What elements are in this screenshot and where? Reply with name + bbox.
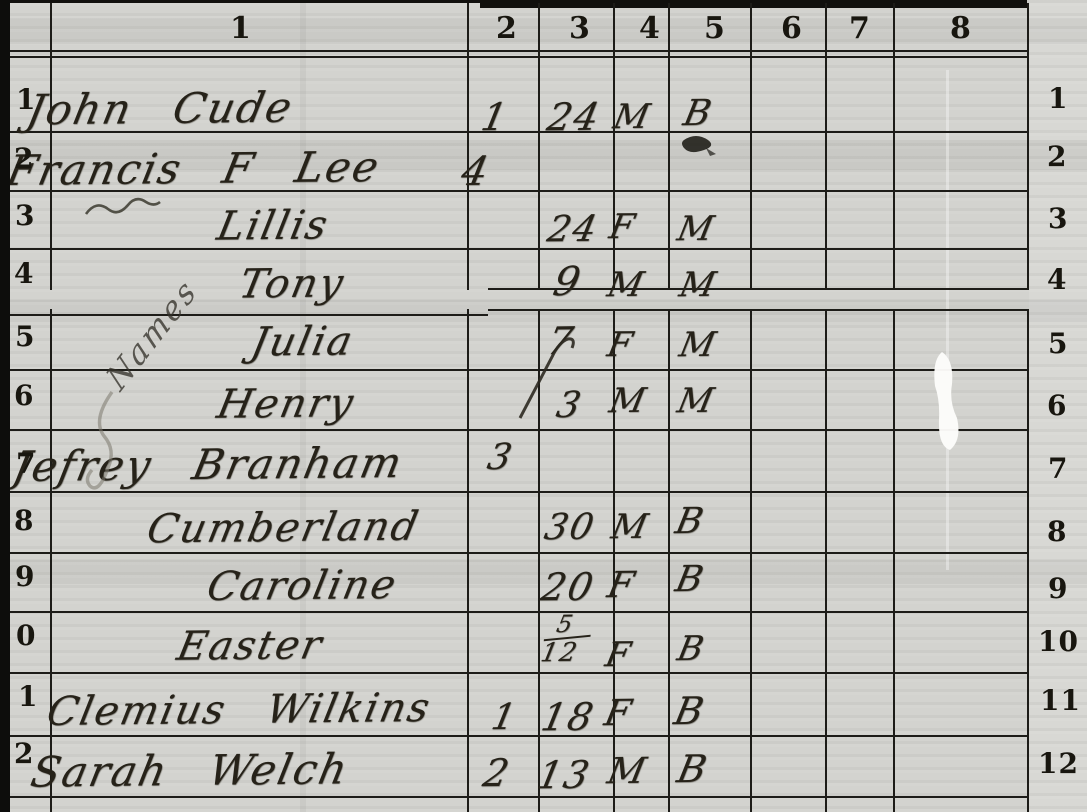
cell-col5: B xyxy=(671,692,709,730)
row-number-right: 12 xyxy=(1038,750,1079,778)
header-top-band xyxy=(10,0,480,3)
row-line xyxy=(10,672,1027,674)
names-margin-note: Names xyxy=(101,272,202,396)
cell-col4: F xyxy=(604,568,638,604)
cell-col5: B xyxy=(675,632,709,666)
column-line xyxy=(538,3,540,290)
row-number-left: 0 xyxy=(16,622,36,650)
row-line xyxy=(10,248,1027,250)
row-number-left: 7 xyxy=(16,450,36,478)
cell-col3-fraction: 5 12 xyxy=(538,612,595,666)
row-number-right: 2 xyxy=(1047,143,1067,171)
entry-name: Francis F Lee xyxy=(3,146,384,192)
row-number-left: 2 xyxy=(14,740,34,768)
cell-col3: 24 xyxy=(544,212,601,249)
header-double-rule xyxy=(10,50,1027,52)
cell-col5: B xyxy=(674,750,712,788)
cell-col2: 4 xyxy=(458,152,494,192)
cell-col3: 20 xyxy=(538,568,598,607)
ink-smudge xyxy=(706,148,716,156)
row-line xyxy=(10,735,1027,737)
cell-col3: 24 xyxy=(544,98,604,137)
cell-col3: 9 xyxy=(550,262,586,302)
cell-col4: F xyxy=(605,328,638,362)
cell-col4: F xyxy=(601,696,635,732)
row-number-left: 6 xyxy=(14,382,34,410)
cell-col3: 13 xyxy=(534,756,594,795)
row-number-left: 4 xyxy=(14,260,34,288)
entry-name: John Cude xyxy=(23,87,297,132)
census-schedule-page: 1 2 3 4 5 6 7 8 1 2 3 4 5 6 7 8 9 0 1 2 … xyxy=(0,0,1087,812)
entry-name: Clemius Wilkins xyxy=(44,688,435,732)
fraction-numerator: 5 xyxy=(545,612,596,636)
cell-col5: M xyxy=(675,212,719,246)
table-right-edge-line xyxy=(1027,3,1029,290)
row-line xyxy=(10,552,1027,554)
row-number-left: 2 xyxy=(14,145,34,173)
cell-col2: 1 xyxy=(488,700,520,736)
row-number-left: 5 xyxy=(15,323,35,351)
column-header-number: 2 xyxy=(496,14,518,44)
cell-col4: M xyxy=(604,754,650,790)
row-line xyxy=(10,429,1027,431)
row-line xyxy=(10,611,1027,613)
entry-name: Tony xyxy=(236,263,348,304)
cell-col3: 3 xyxy=(553,388,585,424)
row-number-right: 7 xyxy=(1048,455,1068,483)
column-header-number: 3 xyxy=(569,14,591,44)
row-number-right: 10 xyxy=(1038,628,1079,656)
row-line xyxy=(488,309,1027,311)
row-number-right: 3 xyxy=(1048,205,1068,233)
entry-name: Easter xyxy=(174,625,327,667)
fraction-denominator: 12 xyxy=(538,640,589,666)
row-line xyxy=(10,796,1027,798)
scan-streak-band xyxy=(0,18,1087,44)
row-line xyxy=(10,491,1027,493)
row-number-left: 9 xyxy=(15,563,35,591)
cell-col3: 18 xyxy=(538,698,598,737)
row-number-left: 1 xyxy=(16,86,36,114)
cell-col4: F xyxy=(607,210,640,244)
vertical-crease xyxy=(946,70,949,570)
cell-col5: B xyxy=(680,96,716,132)
column-header-number: 5 xyxy=(704,14,726,44)
cell-col2: 2 xyxy=(480,754,514,792)
column-header-number: 8 xyxy=(950,14,972,44)
row-number-right: 9 xyxy=(1048,575,1068,603)
cell-col4: M xyxy=(609,510,653,544)
cell-col2: 3 xyxy=(484,440,516,476)
column-line xyxy=(893,3,895,290)
row-line xyxy=(10,369,1027,371)
entry-name: Julia xyxy=(248,321,358,362)
row-number-right: 6 xyxy=(1047,392,1067,420)
cell-col3: 7 xyxy=(544,322,578,360)
row-number-left: 8 xyxy=(14,507,34,535)
header-double-rule xyxy=(10,56,1027,58)
entry-name: Jefrey Branham xyxy=(9,442,407,488)
row-line xyxy=(10,314,488,316)
cell-col4: M xyxy=(611,100,655,134)
cell-col5: M xyxy=(677,268,721,302)
row-number-right: 4 xyxy=(1047,266,1067,294)
entry-name: Cumberland xyxy=(144,507,423,550)
row-number-right: 5 xyxy=(1048,330,1068,358)
column-header-number: 4 xyxy=(639,14,661,44)
cell-col5: B xyxy=(672,562,708,598)
cell-col4: F xyxy=(603,638,636,672)
column-line xyxy=(668,3,670,290)
cell-col5: M xyxy=(675,384,719,418)
pen-flourish xyxy=(86,199,160,214)
row-number-left: 3 xyxy=(15,202,35,230)
header-top-band xyxy=(480,0,1027,8)
left-edge-bar xyxy=(0,0,10,812)
row-number-right: 8 xyxy=(1047,518,1067,546)
column-line xyxy=(750,3,752,290)
cell-col4: M xyxy=(607,384,651,418)
table-right-edge-line xyxy=(1027,309,1029,812)
column-header-number: 6 xyxy=(781,14,803,44)
entry-name: Lillis xyxy=(214,205,333,246)
cell-col4: M xyxy=(605,268,649,302)
row-number-right: 1 xyxy=(1048,85,1068,113)
paper-tear xyxy=(934,352,958,450)
column-header-number: 1 xyxy=(230,14,252,44)
entry-name: Henry xyxy=(214,383,358,424)
row-number-left: 1 xyxy=(18,683,38,711)
column-header-number: 7 xyxy=(849,14,871,44)
entry-name: Sarah Welch xyxy=(27,748,352,793)
column-line xyxy=(467,3,469,290)
ink-smudge xyxy=(682,136,711,152)
cell-col5: M xyxy=(677,328,721,362)
row-number-right: 11 xyxy=(1040,687,1081,715)
column-line xyxy=(825,3,827,290)
cell-col5: B xyxy=(672,504,708,540)
entry-name: Caroline xyxy=(204,565,401,607)
cell-col3: 30 xyxy=(541,510,598,547)
